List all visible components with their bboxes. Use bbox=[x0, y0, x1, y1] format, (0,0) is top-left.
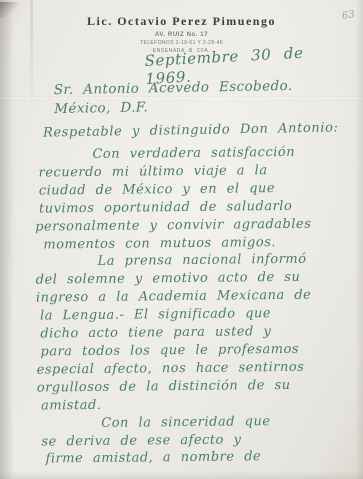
letterhead-address: AV. RUIZ No. 17 bbox=[0, 32, 363, 38]
pencil-page-number: 63 bbox=[342, 9, 356, 22]
body-line: ingreso a la Academia Mexicana de bbox=[36, 287, 336, 308]
salutation-line: Respetable y distinguido Don Antonio: bbox=[43, 120, 339, 140]
body-line: especial afecto, nos hace sentirnos bbox=[37, 358, 337, 379]
body-line: personalmente y convivir agradables bbox=[35, 215, 335, 236]
scanned-letter-page: Lic. Octavio Perez Pimuengo AV. RUIZ No.… bbox=[0, 0, 363, 479]
letter-body: Con verdadera satisfacción recuerdo mi ú… bbox=[34, 143, 337, 468]
recipient-city-line: México, D.F. bbox=[54, 96, 293, 119]
body-line: firme amistad, a nombre de bbox=[46, 448, 338, 469]
recipient-block: Sr. Antonio Acevedo Escobedo. México, D.… bbox=[54, 77, 293, 119]
paper-edge-shadow-bottom bbox=[0, 471, 363, 479]
letterhead-name: Lic. Octavio Perez Pimuengo bbox=[0, 14, 363, 29]
paper-edge-shadow-left bbox=[0, 0, 14, 479]
